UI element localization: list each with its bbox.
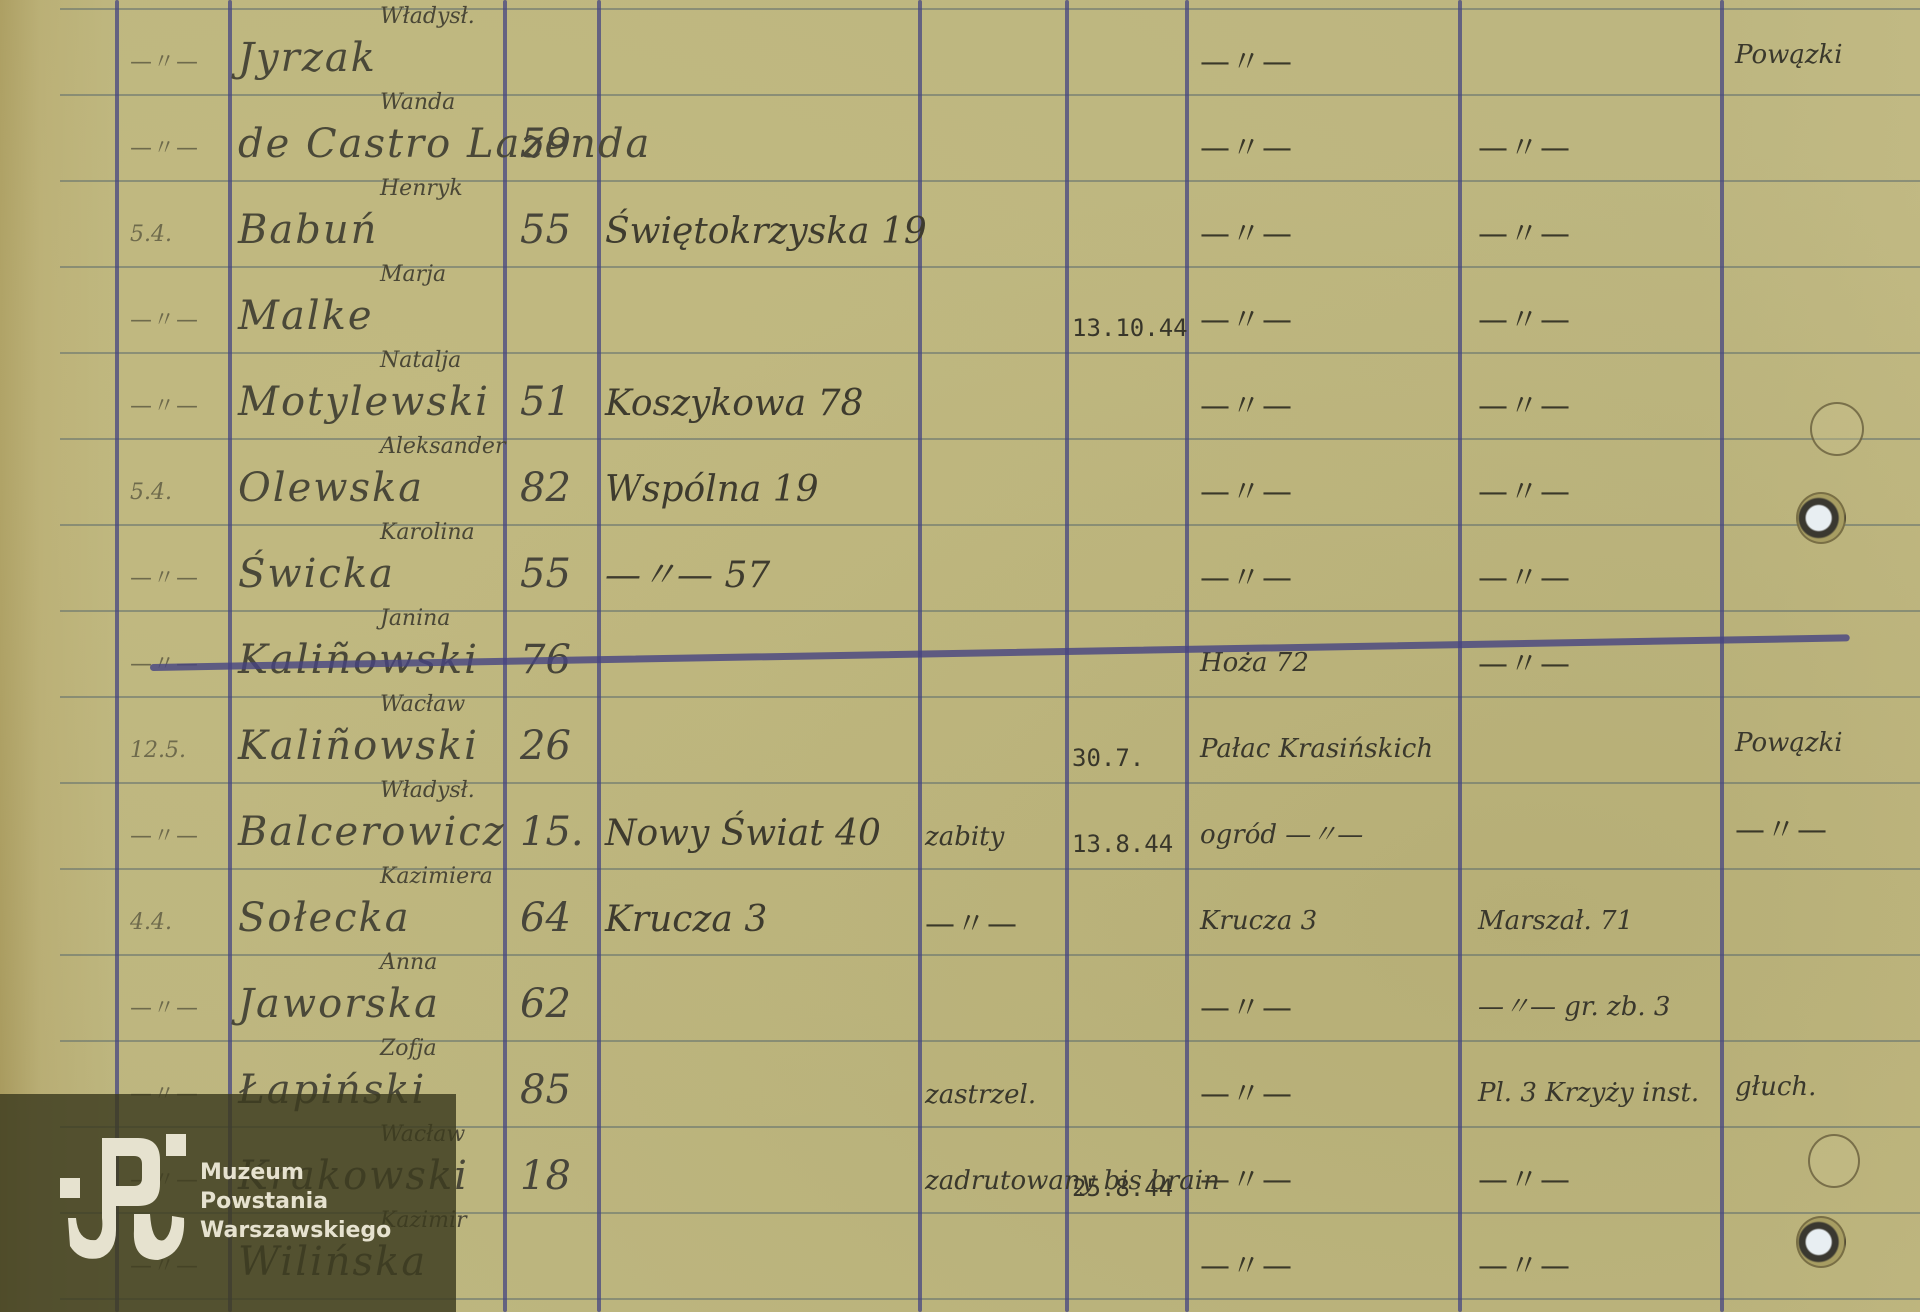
- age-cell: 51: [520, 382, 571, 422]
- place-cell: —〃—: [1200, 392, 1293, 422]
- binder-hole-punched: [1796, 1216, 1846, 1268]
- age-cell: 18: [520, 1156, 571, 1196]
- date-cell: —〃—: [130, 396, 199, 418]
- burial-cell: Powązki: [1735, 42, 1843, 68]
- residence-cell: —〃—: [1478, 220, 1571, 250]
- address-cell: —〃— 57: [605, 558, 770, 594]
- note-cell: zabity: [925, 824, 1004, 850]
- given-name: Janina: [380, 608, 450, 630]
- register-row: —〃—Wandade Castro Lazenda59—〃——〃—: [0, 88, 1920, 174]
- given-name: Władysł.: [380, 6, 475, 28]
- given-name: Natalja: [380, 350, 461, 372]
- age-cell: 82: [520, 468, 571, 508]
- given-name: Wanda: [380, 92, 455, 114]
- museum-name-line3: Warszawskiego: [200, 1216, 391, 1245]
- given-name: Władysł.: [380, 780, 475, 802]
- date-cell: —〃—: [130, 998, 199, 1020]
- address-cell: Koszykowa 78: [605, 386, 863, 422]
- binder-hole-ring: [1808, 1134, 1860, 1188]
- register-row: —〃—MarjaMalke13.10.44—〃——〃—: [0, 260, 1920, 346]
- museum-name-line1: Muzeum: [200, 1158, 391, 1187]
- register-row: —〃—JaninaKaliñowski76Hoża 72—〃—: [0, 604, 1920, 690]
- place-cell: —〃—: [1200, 564, 1293, 594]
- given-name: Karolina: [380, 522, 475, 544]
- residence-cell: —〃—: [1478, 306, 1571, 336]
- death-date-cell: 25.8.44: [1072, 1176, 1173, 1200]
- place-cell: —〃—: [1200, 994, 1293, 1024]
- death-date-cell: 30.7.: [1072, 746, 1144, 770]
- place-cell: —〃—: [1200, 134, 1293, 164]
- binder-hole-punched: [1796, 492, 1846, 544]
- place-cell: —〃—: [1200, 478, 1293, 508]
- residence-cell: Marszał. 71: [1478, 908, 1633, 934]
- given-name: Henryk: [380, 178, 463, 200]
- age-cell: 64: [520, 898, 571, 938]
- register-row: —〃—Władysł.Balcerowicz15.Nowy Świat 40za…: [0, 776, 1920, 862]
- residence-cell: —〃—: [1478, 564, 1571, 594]
- surname: Babuń: [238, 210, 378, 250]
- age-cell: 59: [520, 124, 571, 164]
- register-row: 5.4.AleksanderOlewska82Wspólna 19—〃——〃—: [0, 432, 1920, 518]
- address-cell: Świętokrzyska 19: [605, 214, 927, 250]
- place-cell: —〃—: [1200, 1166, 1293, 1196]
- given-name: Marja: [380, 264, 446, 286]
- museum-watermark: Muzeum Powstania Warszawskiego: [0, 1094, 456, 1312]
- given-name: Anna: [380, 952, 437, 974]
- place-cell: —〃—: [1200, 306, 1293, 336]
- address-cell: Wspólna 19: [605, 472, 819, 508]
- given-name: Wacław: [380, 694, 465, 716]
- date-cell: 4.4.: [130, 912, 172, 934]
- age-cell: 55: [520, 210, 571, 250]
- burial-cell: —〃—: [1735, 816, 1828, 846]
- given-name: Aleksander: [380, 436, 505, 458]
- place-cell: Hoża 72: [1200, 650, 1309, 676]
- address-cell: Krucza 3: [605, 902, 767, 938]
- residence-cell: —〃—: [1478, 650, 1571, 680]
- date-cell: —〃—: [130, 138, 199, 160]
- date-cell: —〃—: [130, 826, 199, 848]
- surname: Kaliñowski: [238, 726, 479, 766]
- surname: Motylewski: [238, 382, 490, 422]
- place-cell: —〃—: [1200, 48, 1293, 78]
- age-cell: 26: [520, 726, 571, 766]
- museum-name-line2: Powstania: [200, 1187, 391, 1216]
- place-cell: Krucza 3: [1200, 908, 1317, 934]
- burial-cell: głuch.: [1735, 1074, 1816, 1100]
- date-cell: 5.4.: [130, 482, 172, 504]
- register-row: 12.5.WacławKaliñowski2630.7.Pałac Krasiń…: [0, 690, 1920, 776]
- place-cell: ogród —〃—: [1200, 822, 1363, 848]
- age-cell: 15.: [520, 812, 584, 852]
- surname: Olewska: [238, 468, 424, 508]
- given-name: Zofja: [380, 1038, 437, 1060]
- surname: Balcerowicz: [238, 812, 506, 852]
- date-cell: 5.4.: [130, 224, 172, 246]
- given-name: Kazimiera: [380, 866, 493, 888]
- age-cell: 85: [520, 1070, 571, 1110]
- burial-cell: Powązki: [1735, 730, 1843, 756]
- death-date-cell: 13.10.44: [1072, 316, 1188, 340]
- register-row: 5.4.HenrykBabuń55Świętokrzyska 19—〃——〃—: [0, 174, 1920, 260]
- surname: Sołecka: [238, 898, 411, 938]
- binder-hole-ring: [1810, 402, 1864, 456]
- place-cell: —〃—: [1200, 220, 1293, 250]
- residence-cell: —〃—: [1478, 134, 1571, 164]
- surname: de Castro Lazenda: [238, 124, 651, 164]
- death-date-cell: 13.8.44: [1072, 832, 1173, 856]
- address-cell: Nowy Świat 40: [605, 816, 881, 852]
- note-cell: —〃—: [925, 910, 1018, 940]
- museum-name: Muzeum Powstania Warszawskiego: [200, 1158, 391, 1245]
- residence-cell: —〃—: [1478, 392, 1571, 422]
- age-cell: 62: [520, 984, 571, 1024]
- register-row: —〃—Władysł.Jyrzak—〃—Powązki: [0, 2, 1920, 88]
- date-cell: —〃—: [130, 310, 199, 332]
- residence-cell: —〃—: [1478, 1252, 1571, 1282]
- place-cell: Pałac Krasińskich: [1200, 736, 1433, 762]
- note-cell: zastrzel.: [925, 1082, 1036, 1108]
- date-cell: —〃—: [130, 568, 199, 590]
- register-row: 4.4.KazimieraSołecka64Krucza 3—〃—Krucza …: [0, 862, 1920, 948]
- surname: Jyrzak: [238, 38, 377, 78]
- residence-cell: —〃— gr. zb. 3: [1478, 994, 1670, 1020]
- age-cell: 55: [520, 554, 571, 594]
- register-row: —〃—NataljaMotylewski51Koszykowa 78—〃——〃—: [0, 346, 1920, 432]
- date-cell: —〃—: [130, 52, 199, 74]
- residence-cell: —〃—: [1478, 1166, 1571, 1196]
- surname: Jaworska: [238, 984, 440, 1024]
- residence-cell: —〃—: [1478, 478, 1571, 508]
- register-row: —〃—KarolinaŚwicka55—〃— 57—〃——〃—: [0, 518, 1920, 604]
- kotwica-anchor-icon: [60, 1134, 190, 1264]
- surname: Malke: [238, 296, 374, 336]
- date-cell: 12.5.: [130, 740, 186, 762]
- register-row: —〃—AnnaJaworska62—〃——〃— gr. zb. 3: [0, 948, 1920, 1034]
- place-cell: —〃—: [1200, 1252, 1293, 1282]
- place-cell: —〃—: [1200, 1080, 1293, 1110]
- surname: Świcka: [238, 554, 395, 594]
- residence-cell: Pl. 3 Krzyży inst.: [1478, 1080, 1699, 1106]
